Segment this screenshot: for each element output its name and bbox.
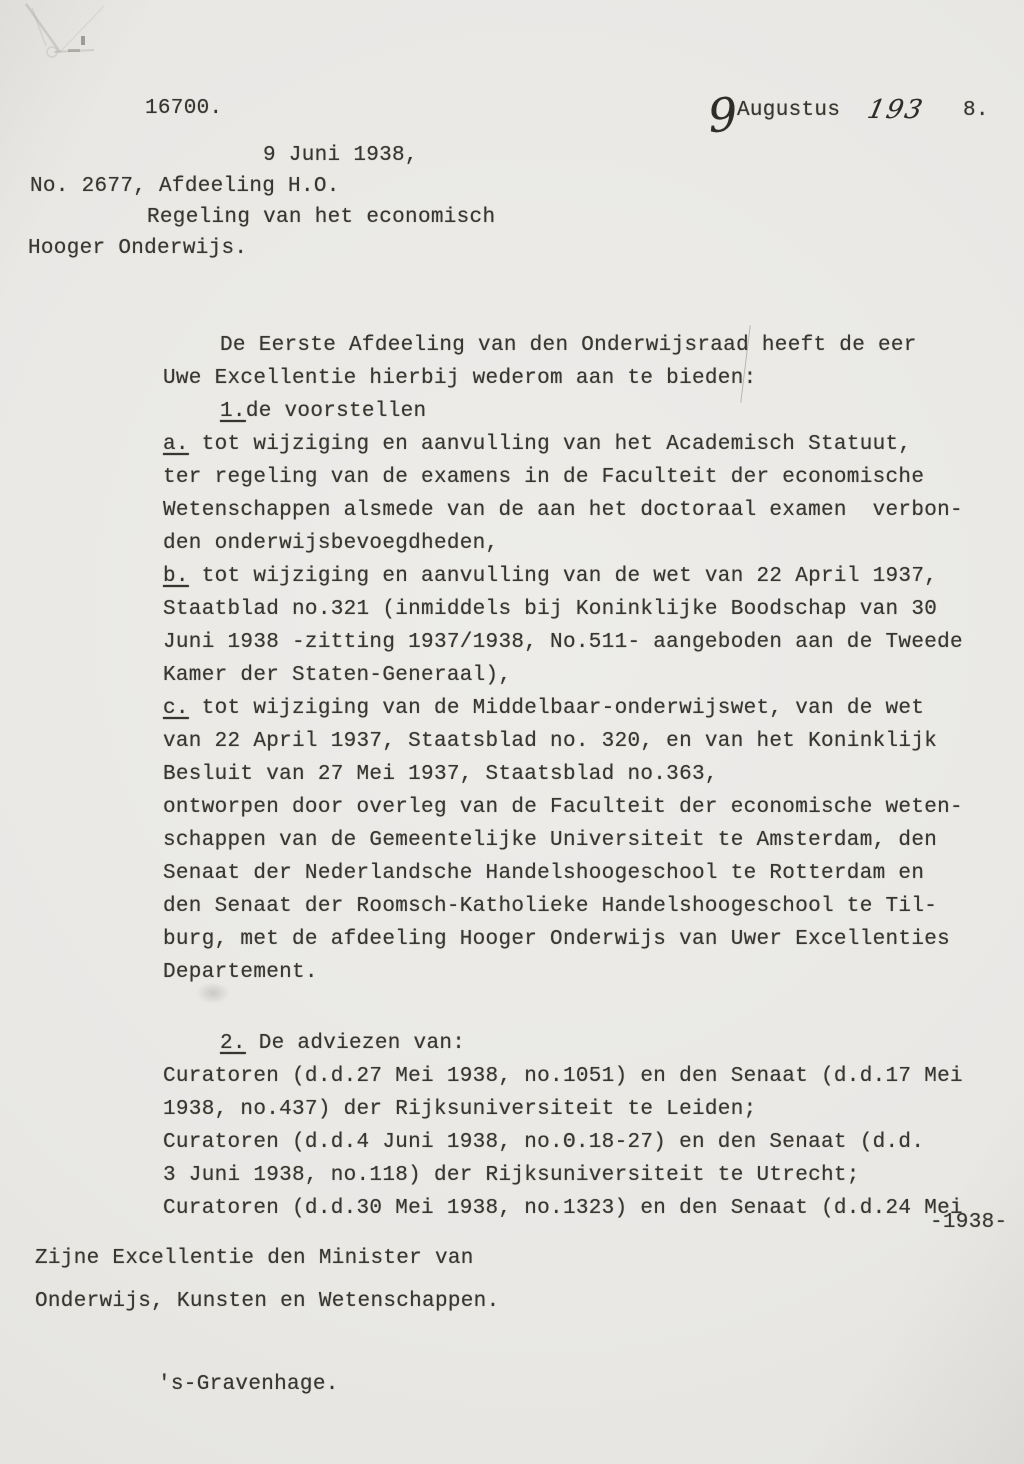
body-lines: De Eerste Afdeeling van den Onderwijsraa… [163, 329, 993, 1225]
scanned-document-page: 16700. 9 Augustus 193 8. 9 Juni 1938, No… [0, 0, 1024, 1464]
corner-stamp-mark [8, 0, 148, 70]
letter-date: 9 Juni 1938, [263, 139, 418, 172]
body-line: Curatoren (d.d.27 Mei 1938, no.1051) en … [163, 1060, 993, 1093]
body-line: a. tot wijziging en aanvulling van het A… [163, 428, 993, 461]
body-line: De Eerste Afdeeling van den Onderwijsraa… [163, 329, 993, 362]
stamp-year-digit: 8. [963, 94, 989, 127]
body-line: Staatblad no.321 (inmiddels bij Koninkli… [163, 593, 993, 626]
continuation-mark: -1938- [930, 1206, 1007, 1239]
reference-number: 16700. [145, 92, 222, 125]
list-marker: a. [163, 433, 189, 456]
body-line: 3 Juni 1938, no.118) der Rijksuniversite… [163, 1159, 993, 1192]
handwritten-day: 9 [706, 87, 740, 143]
body-line: Juni 1938 -zitting 1937/1938, No.511- aa… [163, 626, 993, 659]
body-line: Curatoren (d.d.4 Juni 1938, no.Θ.18-27) … [163, 1126, 993, 1159]
body-line: c. tot wijziging van de Middelbaar-onder… [163, 692, 993, 725]
stamp-month: Augustus [737, 94, 840, 127]
body-line: 2. De adviezen van: [163, 1027, 993, 1060]
body-line: ontworpen door overleg van de Faculteit … [163, 791, 993, 824]
body-line: schappen van de Gemeentelijke Universite… [163, 824, 993, 857]
file-number: No. 2677, Afdeeling H.O. [30, 170, 340, 203]
body-line: den Senaat der Roomsch-Katholieke Handel… [163, 890, 993, 923]
body-line: 1938, no.437) der Rijksuniversiteit te L… [163, 1093, 993, 1126]
body-line: b. tot wijziging en aanvulling van de we… [163, 560, 993, 593]
addressee-line-1: Zijne Excellentie den Minister van [35, 1242, 474, 1275]
body-line: den onderwijsbevoegdheden, [163, 527, 993, 560]
body-line: van 22 April 1937, Staatsblad no. 320, e… [163, 725, 993, 758]
subject-line-1: Regeling van het economisch [147, 201, 495, 234]
subject-line-2: Hooger Onderwijs. [28, 232, 247, 265]
body-line: Senaat der Nederlandsche Handelshoogesch… [163, 857, 993, 890]
list-marker: c. [163, 697, 189, 720]
list-marker: 1. [220, 400, 246, 423]
body-line: Curatoren (d.d.30 Mei 1938, no.1323) en … [163, 1192, 993, 1225]
body-line: Departement. [163, 956, 993, 989]
body-line: ter regeling van de examens in de Facult… [163, 461, 993, 494]
body-line: Kamer der Staten-Generaal), [163, 659, 993, 692]
body-line: Besluit van 27 Mei 1937, Staatsblad no.3… [163, 758, 993, 791]
body-line: 1.de voorstellen [163, 395, 993, 428]
handwritten-decade: 193 [865, 95, 927, 125]
body-line: Uwe Excellentie hierbij wederom aan te b… [163, 362, 993, 395]
body-line: burg, met de afdeeling Hooger Onderwijs … [163, 923, 993, 956]
list-marker: b. [163, 565, 189, 588]
place-line: 's-Gravenhage. [158, 1368, 339, 1401]
body-line: Wetenschappen alsmede van de aan het doc… [163, 494, 993, 527]
addressee-line-2: Onderwijs, Kunsten en Wetenschappen. [35, 1285, 499, 1318]
list-marker: 2. [220, 1032, 246, 1055]
